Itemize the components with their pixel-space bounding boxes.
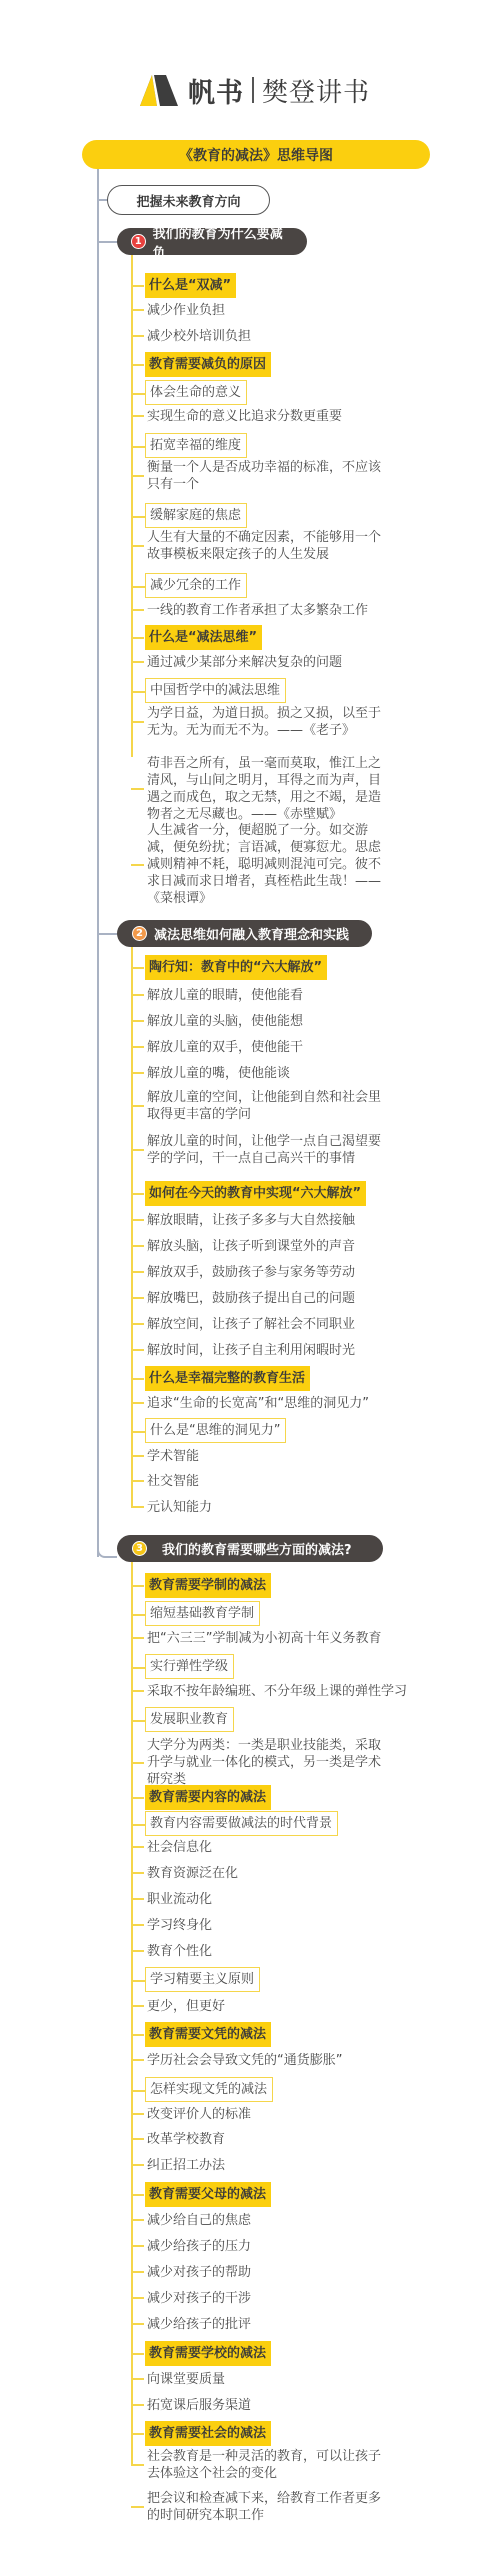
leaf-node[interactable]: 解放空间，让孩子了解社会不同职业	[145, 1314, 355, 1334]
connector-tick	[131, 1193, 144, 1195]
section-3-title: 我们的教育需要哪些方面的减法?	[162, 1539, 352, 1558]
connector-tick	[131, 1898, 144, 1900]
connector-tick	[131, 1585, 144, 1587]
leaf-node[interactable]: 解放儿童的双手，使他能干	[145, 1037, 303, 1057]
leaf-node[interactable]: 元认知能力	[145, 1497, 212, 1517]
connector-tick	[131, 1846, 144, 1848]
connector-tick	[131, 2353, 144, 2355]
node-label: 减少给孩子的压力	[147, 2238, 251, 2255]
node-label: 拓宽课后服务渠道	[147, 2397, 251, 2414]
subtopic-heading[interactable]: 教育需要内容的减法	[145, 1785, 271, 1810]
leaf-node[interactable]: 解放儿童的眼睛，使他能看	[145, 985, 303, 1005]
node-label: 减少对孩子的帮助	[147, 2264, 251, 2281]
connector-tick	[132, 586, 145, 588]
leaf-node[interactable]: 一线的教育工作者承担了太多繁杂工作	[145, 600, 368, 620]
branch-connector	[98, 241, 118, 243]
connector-tick	[131, 1072, 144, 1074]
leaf-node[interactable]: 人生减省一分，便超脱了一分。如交游减，便免纷扰；言语减，便寡愆尤。思虑减则精神不…	[145, 822, 387, 907]
connector-tick	[131, 2297, 144, 2299]
leaf-node[interactable]: 把会议和检查减下来，给教育工作者更多的时间研究本职工作	[145, 2490, 387, 2524]
leaf-node[interactable]: 社交智能	[145, 1471, 199, 1491]
connector-tick	[131, 788, 144, 790]
connector-tick	[131, 1149, 144, 1151]
node-label: 解放儿童的双手，使他能干	[147, 1039, 303, 1056]
node-label: 大学分为两类：一类是职业技能类，采取升学与就业一体化的模式，另一类是学术研究类	[147, 1737, 387, 1788]
connector-tick	[131, 864, 144, 866]
subtopic-heading[interactable]: 教育需要学制的减法	[145, 1573, 271, 1598]
node-label: 减少作业负担	[147, 302, 225, 319]
branch-connector	[97, 1548, 117, 1558]
leaf-node[interactable]: 拓宽课后服务渠道	[145, 2395, 251, 2415]
node-label: 学习终身化	[147, 1917, 212, 1934]
leaf-node[interactable]: 大学分为两类：一类是职业技能类，采取升学与就业一体化的模式，另一类是学术研究类	[145, 1737, 387, 1788]
node-label: 解放儿童的头脑，使他能想	[147, 1013, 303, 1030]
subtopic-heading[interactable]: 如何在今天的教育中实现“六大解放”	[145, 1181, 366, 1206]
node-label: 解放嘴巴，鼓励孩子提出自己的问题	[147, 1290, 355, 1307]
connector-tick	[131, 1046, 144, 1048]
subtopic-heading[interactable]: 什么是“双减”	[145, 273, 236, 298]
connector-tick	[132, 516, 145, 518]
subtopic-node[interactable]: 实行弹性学级	[145, 1654, 234, 1679]
leaf-node[interactable]: 减少对孩子的干涉	[145, 2288, 251, 2308]
connector-tick	[132, 1614, 145, 1616]
connector-tick	[131, 1219, 144, 1221]
connector-tick	[131, 364, 144, 366]
node-label: 减少冗余的工作	[150, 577, 241, 594]
subtopic-node[interactable]: 拓宽幸福的维度	[145, 433, 247, 458]
node-label: 解放时间，让孩子自主利用闲暇时光	[147, 1342, 355, 1359]
connector-tick	[132, 393, 145, 395]
node-label: 教育个性化	[147, 1943, 212, 1960]
connector-tick	[131, 1455, 144, 1457]
connector-tick	[131, 2245, 144, 2247]
connector-tick	[131, 2034, 144, 2036]
connector-tick	[131, 545, 144, 547]
subtopic-node[interactable]: 缓解家庭的焦虑	[145, 503, 247, 528]
connector-tick	[131, 1020, 144, 1022]
node-label: 实行弹性学级	[150, 1658, 228, 1675]
connector-tick	[131, 1480, 144, 1482]
leaf-node[interactable]: 苟非吾之所有，虽一毫而莫取，惟江上之清风，与山间之明月，耳得之而为声，目遇之而成…	[145, 755, 387, 823]
logo-divider	[252, 77, 254, 103]
connector-tick	[131, 2005, 144, 2007]
node-label: 学术智能	[147, 1448, 199, 1465]
node-label: 职业流动化	[147, 1891, 212, 1908]
leaf-node[interactable]: 解放儿童的空间，让他能到自然和社会里取得更丰富的学问	[145, 1089, 387, 1123]
connector-tick	[131, 2138, 144, 2140]
leaf-node[interactable]: 更少，但更好	[145, 1996, 225, 2016]
node-label: 解放儿童的空间，让他能到自然和社会里取得更丰富的学问	[147, 1089, 387, 1123]
leaf-node[interactable]: 学习终身化	[145, 1915, 212, 1935]
connector-tick	[132, 691, 145, 693]
connector-tick	[132, 446, 145, 448]
connector-tick	[131, 2378, 144, 2380]
section-2-node[interactable]: 2 减法思维如何融入教育理念和实践	[117, 920, 372, 947]
leaf-node[interactable]: 追求“生命的长宽高”和“思维的洞见力”	[145, 1393, 369, 1413]
connector-tick	[131, 609, 144, 611]
trunk-line	[97, 169, 99, 1557]
connector-tick	[132, 1824, 145, 1826]
leaf-node[interactable]: 衡量一个人是否成功幸福的标准，不应该只有一个	[145, 459, 387, 493]
connector-tick	[131, 1402, 144, 1404]
section-1-node[interactable]: 1 我们的教育为什么要减负	[117, 228, 307, 255]
node-label: 中国哲学中的减法思维	[150, 682, 280, 699]
leaf-node[interactable]: 减少作业负担	[145, 300, 225, 320]
node-label: 教育需要减负的原因	[149, 356, 266, 373]
leaf-node[interactable]: 减少给自己的焦虑	[145, 2210, 251, 2230]
subtopic-node[interactable]: 怎样实现文凭的减法	[145, 2077, 273, 2102]
node-label: 纠正招工办法	[147, 2157, 225, 2174]
connector-tick	[131, 1105, 144, 1107]
subtopic-heading[interactable]: 教育需要文凭的减法	[145, 2022, 271, 2047]
leaf-node[interactable]: 解放嘴巴，鼓励孩子提出自己的问题	[145, 1288, 355, 1308]
brand-name: 帆书	[188, 71, 244, 110]
node-label: 解放儿童的嘴，使他能谈	[147, 1065, 290, 1082]
number-1-badge-icon: 1	[131, 234, 146, 249]
leaf-node[interactable]: 减少校外培训负担	[145, 326, 251, 346]
node-label: 解放头脑，让孩子听到课堂外的声音	[147, 1238, 355, 1255]
connector-tick	[132, 1720, 145, 1722]
node-label: 更少，但更好	[147, 1998, 225, 2015]
node-label: 解放眼睛，让孩子多多与大自然接触	[147, 1212, 355, 1229]
node-label: 什么是“双减”	[149, 277, 231, 294]
leaf-node[interactable]: 解放儿童的时间，让他学一点自己渴望要学的学问，干一点自己高兴干的事情	[145, 1133, 387, 1167]
node-label: 减少校外培训负担	[147, 328, 251, 345]
section-3-subline	[131, 1562, 133, 2466]
connector-tick	[131, 1690, 144, 1692]
node-label: 社交智能	[147, 1473, 199, 1490]
connector-tick	[131, 1297, 144, 1299]
leaf-node[interactable]: 减少对孩子的帮助	[145, 2262, 251, 2282]
connector-tick	[132, 1667, 145, 1669]
node-label: 改革学校教育	[147, 2131, 225, 2148]
subtopic-node[interactable]: 减少冗余的工作	[145, 573, 247, 598]
node-label: 拓宽幸福的维度	[150, 437, 241, 454]
subtopic-node[interactable]: 缩短基础教育学制	[145, 1601, 260, 1626]
node-label: 解放空间，让孩子了解社会不同职业	[147, 1316, 355, 1333]
subtopic-heading[interactable]: 教育需要学校的减法	[145, 2341, 271, 2366]
node-label: 社会教育是一种灵活的教育，可以让孩子去体验这个社会的变化	[147, 2448, 387, 2482]
connector-tick	[131, 2113, 144, 2115]
subtopic-heading[interactable]: 什么是“减法思维”	[145, 625, 262, 650]
leaf-node[interactable]: 解放儿童的嘴，使他能谈	[145, 1063, 290, 1083]
connector-tick	[131, 1323, 144, 1325]
connector-tick	[131, 1950, 144, 1952]
node-label: 减少给自己的焦虑	[147, 2212, 251, 2229]
connector-tick	[131, 2059, 144, 2061]
connector-tick	[131, 637, 144, 639]
node-label: 教育内容需要做减法的时代背景	[150, 1815, 332, 1832]
connector-tick	[131, 1349, 144, 1351]
subtopic-heading[interactable]: 教育需要社会的减法	[145, 2421, 271, 2446]
node-label: 陶行知：教育中的“六大解放”	[149, 959, 322, 976]
node-label: 教育需要学制的减法	[149, 1577, 266, 1594]
subtopic-node[interactable]: 发展职业教育	[145, 1707, 234, 1732]
connector-tick	[131, 2271, 144, 2273]
node-label: 教育需要父母的减法	[149, 2186, 266, 2203]
node-label: 向课堂要质量	[147, 2371, 225, 2388]
node-label: 解放双手，鼓励孩子参与家务等劳动	[147, 1264, 355, 1281]
leaf-node[interactable]: 解放眼睛，让孩子多多与大自然接触	[145, 1210, 355, 1230]
leaf-node[interactable]: 改变评价人的标准	[145, 2104, 251, 2124]
number-3-badge-icon: 3	[132, 1541, 147, 1556]
node-label: 改变评价人的标准	[147, 2106, 251, 2123]
node-label: 解放儿童的时间，让他学一点自己渴望要学的学问，干一点自己高兴干的事情	[147, 1133, 387, 1167]
node-label: 把会议和检查减下来，给教育工作者更多的时间研究本职工作	[147, 2490, 387, 2524]
connector-tick	[131, 1797, 144, 1799]
leaf-node[interactable]: 教育资源泛在化	[145, 1863, 238, 1883]
node-label: 教育需要文凭的减法	[149, 2026, 266, 2043]
node-label: 为学日益，为道日损。损之又损，以至于无为。无为而无不为。——《老子》	[147, 705, 387, 739]
connector-tick	[131, 1271, 144, 1273]
subtopic-heading[interactable]: 陶行知：教育中的“六大解放”	[145, 955, 327, 980]
connector-tick	[131, 2404, 144, 2406]
section-1-subline	[131, 255, 133, 757]
node-label: 人生有大量的不确定因素，不能够用一个故事模板来限定孩子的人生发展	[147, 529, 387, 563]
subtopic-heading[interactable]: 什么是幸福完整的教育生活	[145, 1366, 310, 1391]
leaf-node[interactable]: 社会信息化	[145, 1837, 212, 1857]
leaf-node[interactable]: 通过减少某部分来解决复杂的问题	[145, 652, 342, 672]
sail-logo-icon	[138, 73, 180, 107]
connector-tick	[131, 2323, 144, 2325]
node-label: 解放儿童的眼睛，使他能看	[147, 987, 303, 1004]
connector-tick	[131, 1872, 144, 1874]
leaf-node[interactable]: 学术智能	[145, 1446, 199, 1466]
connector-tick	[131, 1506, 144, 1508]
connector-tick	[131, 2464, 144, 2466]
connector-tick	[131, 335, 144, 337]
node-label: 把“六三三”学制减为小初高十年义务教育	[147, 1630, 381, 1647]
connector-tick	[131, 1762, 144, 1764]
node-label: 如何在今天的教育中实现“六大解放”	[149, 1185, 361, 1202]
connector-tick	[131, 2433, 144, 2435]
branch-connector	[98, 933, 118, 935]
section-3-node[interactable]: 3 我们的教育需要哪些方面的减法?	[117, 1535, 383, 1562]
node-label: 怎样实现文凭的减法	[150, 2081, 267, 2098]
connector-tick	[131, 1924, 144, 1926]
connector-tick	[131, 2506, 144, 2508]
section-1-title: 我们的教育为什么要减负	[153, 223, 291, 261]
leaf-node[interactable]: 实现生命的意义比追求分数更重要	[145, 406, 342, 426]
node-label: 什么是“减法思维”	[149, 629, 257, 646]
node-label: 实现生命的意义比追求分数更重要	[147, 408, 342, 425]
connector-tick	[131, 1378, 144, 1380]
node-label: 通过减少某部分来解决复杂的问题	[147, 654, 342, 671]
leaf-node[interactable]: 职业流动化	[145, 1889, 212, 1909]
node-label: 人生减省一分，便超脱了一分。如交游减，便免纷扰；言语减，便寡愆尤。思虑减则精神不…	[147, 822, 387, 907]
leaf-node[interactable]: 解放头脑，让孩子听到课堂外的声音	[145, 1236, 355, 1256]
node-label: 教育需要内容的减法	[149, 1789, 266, 1806]
node-label: 减少对孩子的干涉	[147, 2290, 251, 2307]
node-label: 什么是幸福完整的教育生活	[149, 1370, 305, 1387]
leaf-node[interactable]: 纠正招工办法	[145, 2155, 225, 2175]
leaf-node[interactable]: 减少给孩子的压力	[145, 2236, 251, 2256]
connector-tick	[132, 2090, 145, 2092]
node-label: 学历社会会导致文凭的“通货膨胀”	[147, 2052, 342, 2069]
node-label: 缩短基础教育学制	[150, 1605, 254, 1622]
leaf-node[interactable]: 学历社会会导致文凭的“通货膨胀”	[145, 2050, 342, 2070]
node-label: 发展职业教育	[150, 1711, 228, 1728]
subtopic-node[interactable]: 教育内容需要做减法的时代背景	[145, 1811, 338, 1836]
leaf-node[interactable]: 解放双手，鼓励孩子参与家务等劳动	[145, 1262, 355, 1282]
connector-tick	[131, 475, 144, 477]
number-2-badge-icon: 2	[132, 926, 147, 941]
section-2-subline	[131, 947, 133, 1507]
node-label: 追求“生命的长宽高”和“思维的洞见力”	[147, 1395, 369, 1412]
node-label: 学习精要主义原则	[150, 1971, 254, 1988]
node-label: 体会生命的意义	[150, 384, 241, 401]
node-label: 一线的教育工作者承担了太多繁杂工作	[147, 602, 368, 619]
subtopic-heading[interactable]: 教育需要父母的减法	[145, 2182, 271, 2207]
connector-tick	[131, 967, 144, 969]
leaf-node[interactable]: 把“六三三”学制减为小初高十年义务教育	[145, 1628, 381, 1648]
leaf-node[interactable]: 社会教育是一种灵活的教育，可以让孩子去体验这个社会的变化	[145, 2448, 387, 2482]
connector-tick	[131, 2219, 144, 2221]
connector-tick	[131, 2194, 144, 2196]
subtopic-node[interactable]: 什么是“思维的洞见力”	[145, 1418, 286, 1443]
node-label: 教育资源泛在化	[147, 1865, 238, 1882]
leaf-node[interactable]: 解放时间，让孩子自主利用闲暇时光	[145, 1340, 355, 1360]
connector-tick	[131, 1637, 144, 1639]
node-label: 教育需要社会的减法	[149, 2425, 266, 2442]
brand-logo: 帆书 樊登讲书	[138, 70, 370, 110]
subtopic-node[interactable]: 中国哲学中的减法思维	[145, 678, 286, 703]
node-label: 采取不按年龄编班、不分年级上课的弹性学习	[147, 1683, 407, 1700]
leaf-node[interactable]: 改革学校教育	[145, 2129, 225, 2149]
connector-tick	[131, 309, 144, 311]
subtopic-node[interactable]: 体会生命的意义	[145, 380, 247, 405]
node-label: 什么是“思维的洞见力”	[150, 1422, 280, 1439]
connector-tick	[131, 415, 144, 417]
connector-tick	[131, 2164, 144, 2166]
connector-tick	[131, 285, 144, 287]
leaf-node[interactable]: 解放儿童的头脑，使他能想	[145, 1011, 303, 1031]
leaf-node[interactable]: 为学日益，为道日损。损之又损，以至于无为。无为而无不为。——《老子》	[145, 705, 387, 739]
mindmap-title: 《教育的减法》思维导图	[82, 140, 430, 169]
node-label: 社会信息化	[147, 1839, 212, 1856]
leaf-node[interactable]: 减少给孩子的批评	[145, 2314, 251, 2334]
connector-tick	[131, 661, 144, 663]
node-label: 衡量一个人是否成功幸福的标准，不应该只有一个	[147, 459, 387, 493]
connector-tick	[132, 1980, 145, 1982]
root-branch-node[interactable]: 把握未来教育方向	[107, 185, 270, 215]
node-label: 苟非吾之所有，虽一毫而莫取，惟江上之清风，与山间之明月，耳得之而为声，目遇之而成…	[147, 755, 387, 823]
connector-tick	[131, 1245, 144, 1247]
connector-tick	[131, 994, 144, 996]
leaf-node[interactable]: 向课堂要质量	[145, 2369, 225, 2389]
subtopic-heading[interactable]: 教育需要减负的原因	[145, 352, 271, 377]
leaf-node[interactable]: 采取不按年龄编班、不分年级上课的弹性学习	[145, 1681, 407, 1701]
node-label: 缓解家庭的焦虑	[150, 507, 241, 524]
section-2-title: 减法思维如何融入教育理念和实践	[154, 924, 349, 943]
node-label: 教育需要学校的减法	[149, 2345, 266, 2362]
brand-subtitle: 樊登讲书	[262, 72, 370, 109]
connector-tick	[132, 1431, 145, 1433]
connector-tick	[131, 721, 144, 723]
leaf-node[interactable]: 教育个性化	[145, 1941, 212, 1961]
subtopic-node[interactable]: 学习精要主义原则	[145, 1967, 260, 1992]
node-label: 元认知能力	[147, 1499, 212, 1516]
leaf-node[interactable]: 人生有大量的不确定因素，不能够用一个故事模板来限定孩子的人生发展	[145, 529, 387, 563]
node-label: 减少给孩子的批评	[147, 2316, 251, 2333]
